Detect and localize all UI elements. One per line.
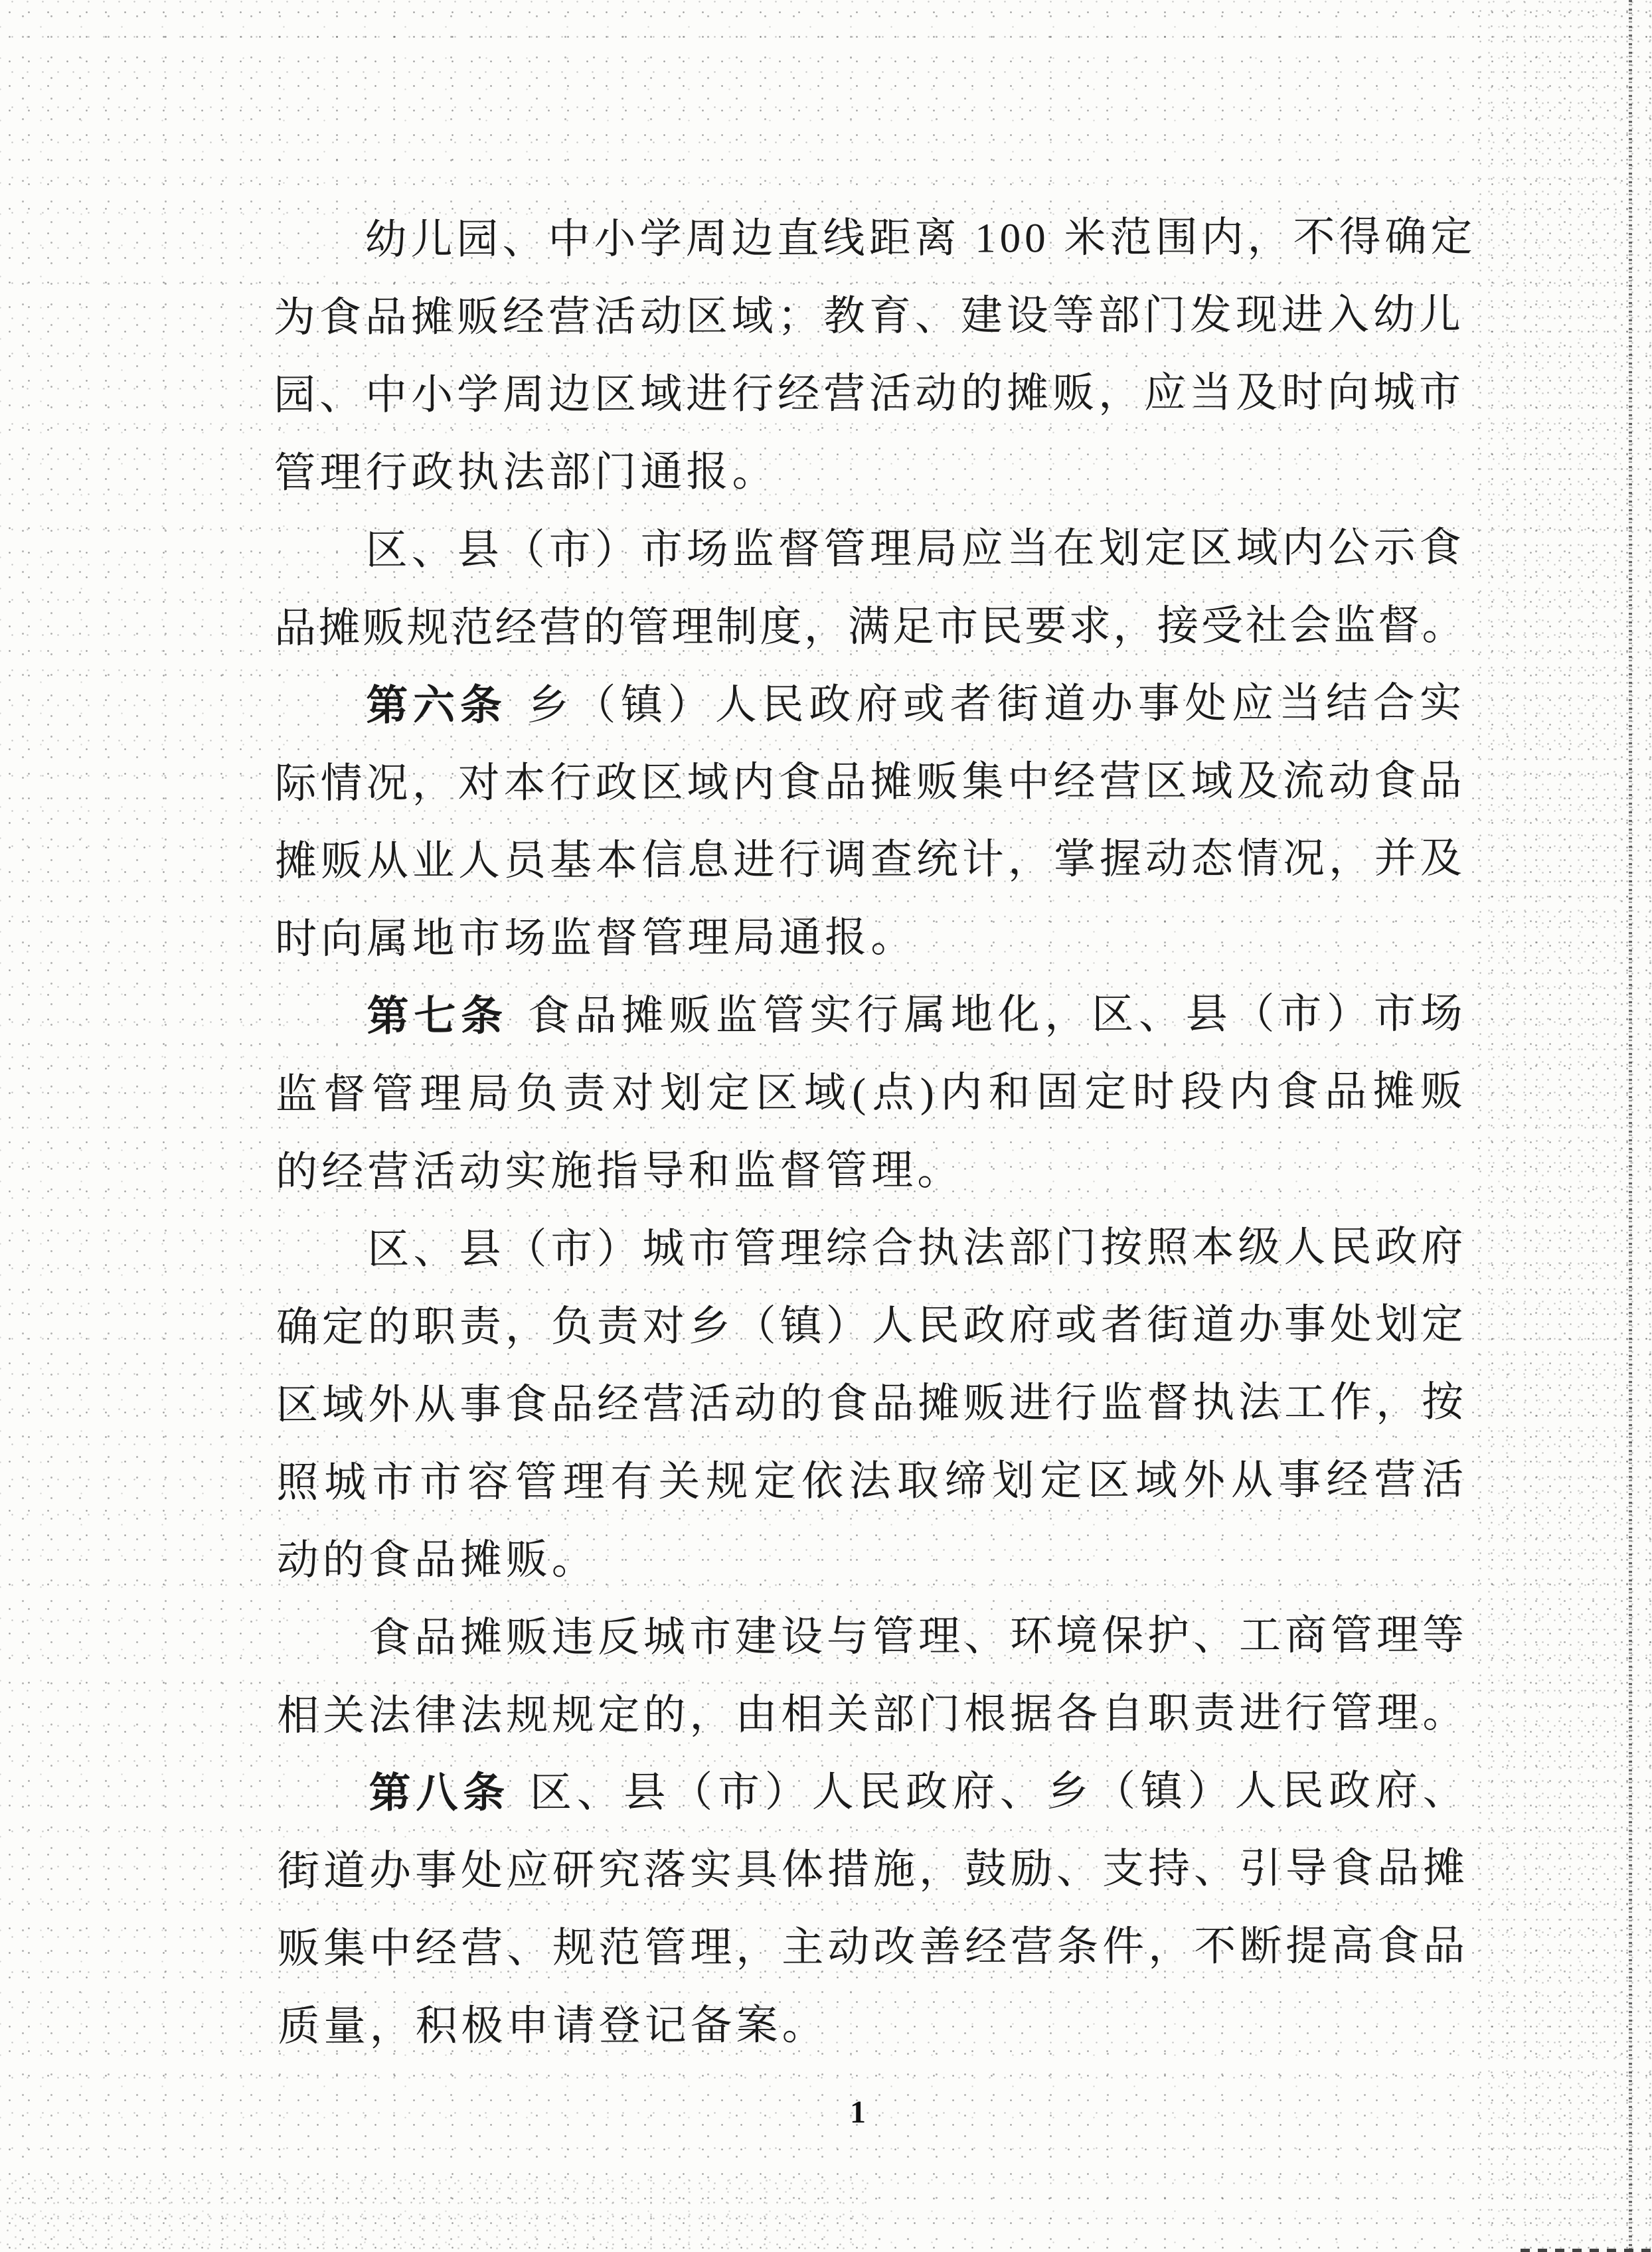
scanner-edge-artifact [1629,0,1632,2252]
text-line: 质量，积极申请登记备案。 [278,1985,1469,2066]
text-line: 际情况，对本行政区域内食品摊贩集中经营区域及流动食品 [274,742,1465,823]
text-line: 街道办事处应研究落实具体措施，鼓励、支持、引导食品摊 [278,1830,1469,1911]
text-line: 食品摊贩违反城市建设与管理、环境保护、工商管理等 [277,1597,1468,1678]
text-line: 第七条食品摊贩监管实行属地化，区、县（市）市场 [275,975,1466,1056]
text-line: 区、县（市）城市管理综合执法部门按照本级人民政府 [276,1208,1467,1289]
document-body: 幼儿园、中小学周边直线距离 100 米范围内，不得确定 为食品摊贩经营活动区域；… [273,199,1469,2066]
scan-noise-bottom-strip [0,2179,876,2252]
text-line: 区域外从事食品经营活动的食品摊贩进行监督执法工作，按 [276,1364,1467,1445]
text-line-body: 区、县（市）人民政府、乡（镇）人民政府、 [530,1767,1469,1816]
article-number: 第八条 [369,1769,511,1816]
text-line: 摊贩从业人员基本信息进行调查统计，掌握动态情况，并及 [275,820,1466,901]
text-line: 第六条乡（镇）人民政府或者街道办事处应当结合实 [274,665,1465,746]
text-line: 的经营活动实施指导和监督管理。 [276,1131,1467,1212]
text-line: 确定的职责，负责对乡（镇）人民政府或者街道办事处划定 [276,1286,1467,1367]
text-line: 品摊贩规范经营的管理制度，满足市民要求，接受社会监督。 [274,587,1465,668]
text-line: 动的食品摊贩。 [277,1519,1468,1600]
article-number: 第七条 [367,993,508,1040]
text-line: 区、县（市）市场监督管理局应当在划定区域内公示食 [274,509,1465,590]
text-line: 园、中小学周边区域进行经营活动的摊贩，应当及时向城市 [274,354,1465,435]
text-line: 监督管理局负责对划定区域(点)内和固定时段内食品摊贩 [276,1053,1467,1134]
article-number: 第六条 [366,682,507,729]
text-line-body: 食品摊贩监管实行属地化，区、县（市）市场 [528,991,1467,1040]
text-line: 时向属地市场监督管理局通报。 [275,898,1466,979]
page-number: 1 [837,2090,879,2135]
document-page: 幼儿园、中小学周边直线距离 100 米范围内，不得确定 为食品摊贩经营活动区域；… [0,0,1652,2252]
text-line: 相关法律法规规定的，由相关部门根据各自职责进行管理。 [277,1674,1468,1755]
text-line: 第八条区、县（市）人民政府、乡（镇）人民政府、 [277,1752,1468,1833]
text-line: 贩集中经营、规范管理，主动改善经营条件，不断提高食品 [278,1907,1469,1988]
text-line-body: 乡（镇）人民政府或者街道办事处应当结合实 [527,680,1466,729]
text-line: 管理行政执法部门通报。 [274,432,1465,513]
text-line: 照城市市容管理有关规定依法取缔划定区域外从事经营活 [276,1441,1467,1522]
scanner-bottom-artifact [1521,2249,1652,2252]
scan-noise-right-column [1473,0,1652,2252]
text-line: 幼儿园、中小学周边直线距离 100 米范围内，不得确定 [273,199,1464,280]
text-line: 为食品摊贩经营活动区域；教育、建设等部门发现进入幼儿 [274,276,1465,357]
